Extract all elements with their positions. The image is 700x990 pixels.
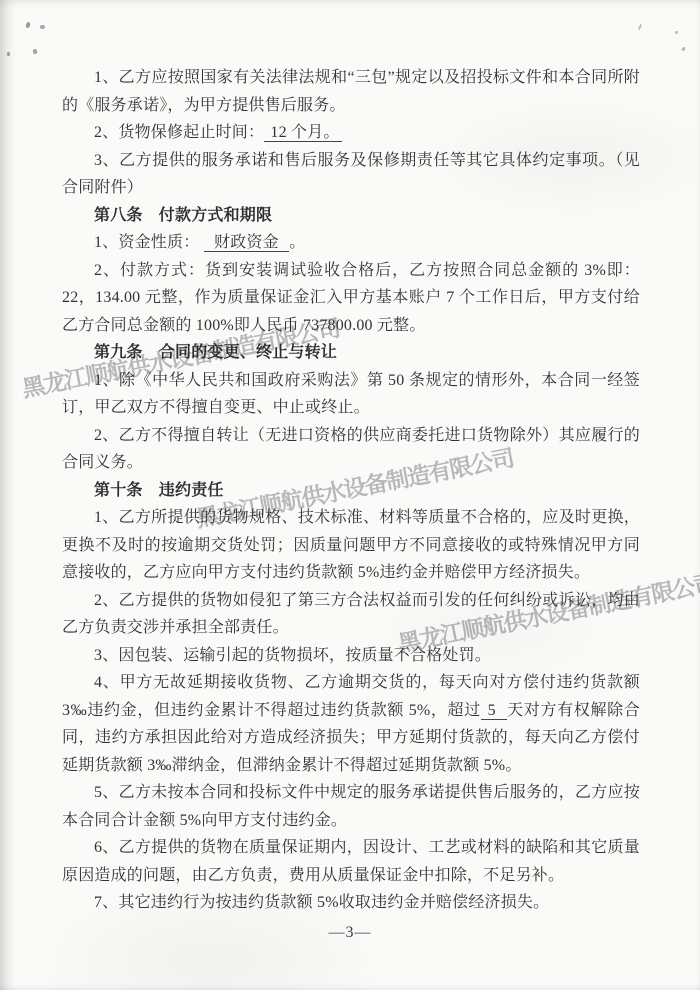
contract-paragraph: 4、甲方无故延期接收货物、乙方逾期交货的，每天向对方偿付违约货款额 3‰违约金，… (62, 669, 640, 779)
text-run: 第九条 合同的变更、终止与转让 (94, 344, 337, 361)
scan-speck (7, 52, 10, 56)
scan-speck (40, 25, 45, 29)
filled-blank-value: 财政资金 (204, 234, 290, 252)
text-run: 第八条 付款方式和期限 (94, 207, 272, 224)
contract-paragraph: 1、资金性质： 财政资金 。 (62, 229, 640, 257)
contract-paragraph: 1、乙方应按照国家有关法律法规和“三包”规定以及招投标文件和本合同所附的《服务承… (62, 64, 640, 119)
contract-paragraph: 2、付款方式：货到安装调试验收合格后，乙方按照合同总金额的 3%即：22，134… (62, 257, 640, 340)
contract-paragraph: 3、因包装、运输引起的货物损坏，按质量不合格处罚。 (62, 642, 640, 670)
text-run: 2、付款方式：货到安装调试验收合格后，乙方按照合同总金额的 3%即：22，134… (62, 262, 640, 334)
text-run: 7、其它违约行为按违约货款额 5%收取违约金并赔偿经济损失。 (94, 894, 549, 911)
contract-heading: 第十条 违约责任 (62, 477, 640, 505)
text-run: 1、乙方应按照国家有关法律法规和“三包”规定以及招投标文件和本合同所附的《服务承… (62, 69, 640, 114)
contract-paragraph: 7、其它违约行为按违约货款额 5%收取违约金并赔偿经济损失。 (62, 889, 640, 917)
contract-paragraph: 3、乙方提供的服务承诺和售后服务及保修期责任等其它具体约定事项。（见合同附件） (62, 147, 640, 202)
text-run: 2、乙方提供的货物如侵犯了第三方合法权益而引发的任何纠纷或诉讼，均由乙方负责交涉… (62, 592, 640, 637)
text-run: 3、乙方提供的服务承诺和售后服务及保修期责任等其它具体约定事项。（见合同附件） (62, 152, 640, 197)
text-run: 1、乙方所提供的货物规格、技术标准、材料等质量不合格的，应及时更换，更换不及时的… (62, 509, 640, 581)
document-body: 1、乙方应按照国家有关法律法规和“三包”规定以及招投标文件和本合同所附的《服务承… (62, 64, 640, 917)
contract-paragraph: 2、乙方不得擅自转让（无进口资格的供应商委托进口货物除外）其应履行的合同义务。 (62, 422, 640, 477)
scan-speck (675, 31, 678, 34)
contract-paragraph: 6、乙方提供的货物在质量保证期内，因设计、工艺或材料的缺陷和其它质量原因造成的问… (62, 834, 640, 889)
contract-heading: 第九条 合同的变更、终止与转让 (62, 339, 640, 367)
text-run: 。 (289, 234, 305, 251)
text-run: 6、乙方提供的货物在质量保证期内，因设计、工艺或材料的缺陷和其它质量原因造成的问… (62, 839, 640, 884)
text-run: 第十条 违约责任 (94, 482, 224, 499)
contract-paragraph: 2、乙方提供的货物如侵犯了第三方合法权益而引发的任何纠纷或诉讼，均由乙方负责交涉… (62, 587, 640, 642)
text-run: 5、乙方未按本合同和投标文件中规定的服务承诺提供售后服务的，乙方应按本合同合计金… (62, 784, 640, 829)
text-run: 1、资金性质： (94, 234, 204, 251)
contract-paragraph: 1、乙方所提供的货物规格、技术标准、材料等质量不合格的，应及时更换，更换不及时的… (62, 504, 640, 587)
contract-paragraph: 2、货物保修起止时间： 12 个月。 (62, 119, 640, 147)
text-run: 1、除《中华人民共和国政府采购法》第 50 条规定的情形外，本合同一经签订，甲乙… (62, 372, 640, 417)
contract-paragraph: 5、乙方未按本合同和投标文件中规定的服务承诺提供售后服务的，乙方应按本合同合计金… (62, 779, 640, 834)
contract-heading: 第八条 付款方式和期限 (62, 202, 640, 230)
filled-blank-value: 5 (481, 702, 507, 720)
text-run: 2、乙方不得擅自转让（无进口资格的供应商委托进口货物除外）其应履行的合同义务。 (62, 427, 640, 472)
filled-blank-value: 12 个月。 (264, 124, 341, 142)
page-number: —3— (0, 924, 700, 942)
contract-paragraph: 1、除《中华人民共和国政府采购法》第 50 条规定的情形外，本合同一经签订，甲乙… (62, 367, 640, 422)
text-run: 3、因包装、运输引起的货物损坏，按质量不合格处罚。 (94, 647, 491, 664)
text-run: 2、货物保修起止时间： (94, 124, 264, 141)
scanned-contract-page: 黑龙江顺航供水设备制造有限公司黑龙江顺航供水设备制造有限公司黑龙江顺航供水设备制… (0, 0, 700, 990)
